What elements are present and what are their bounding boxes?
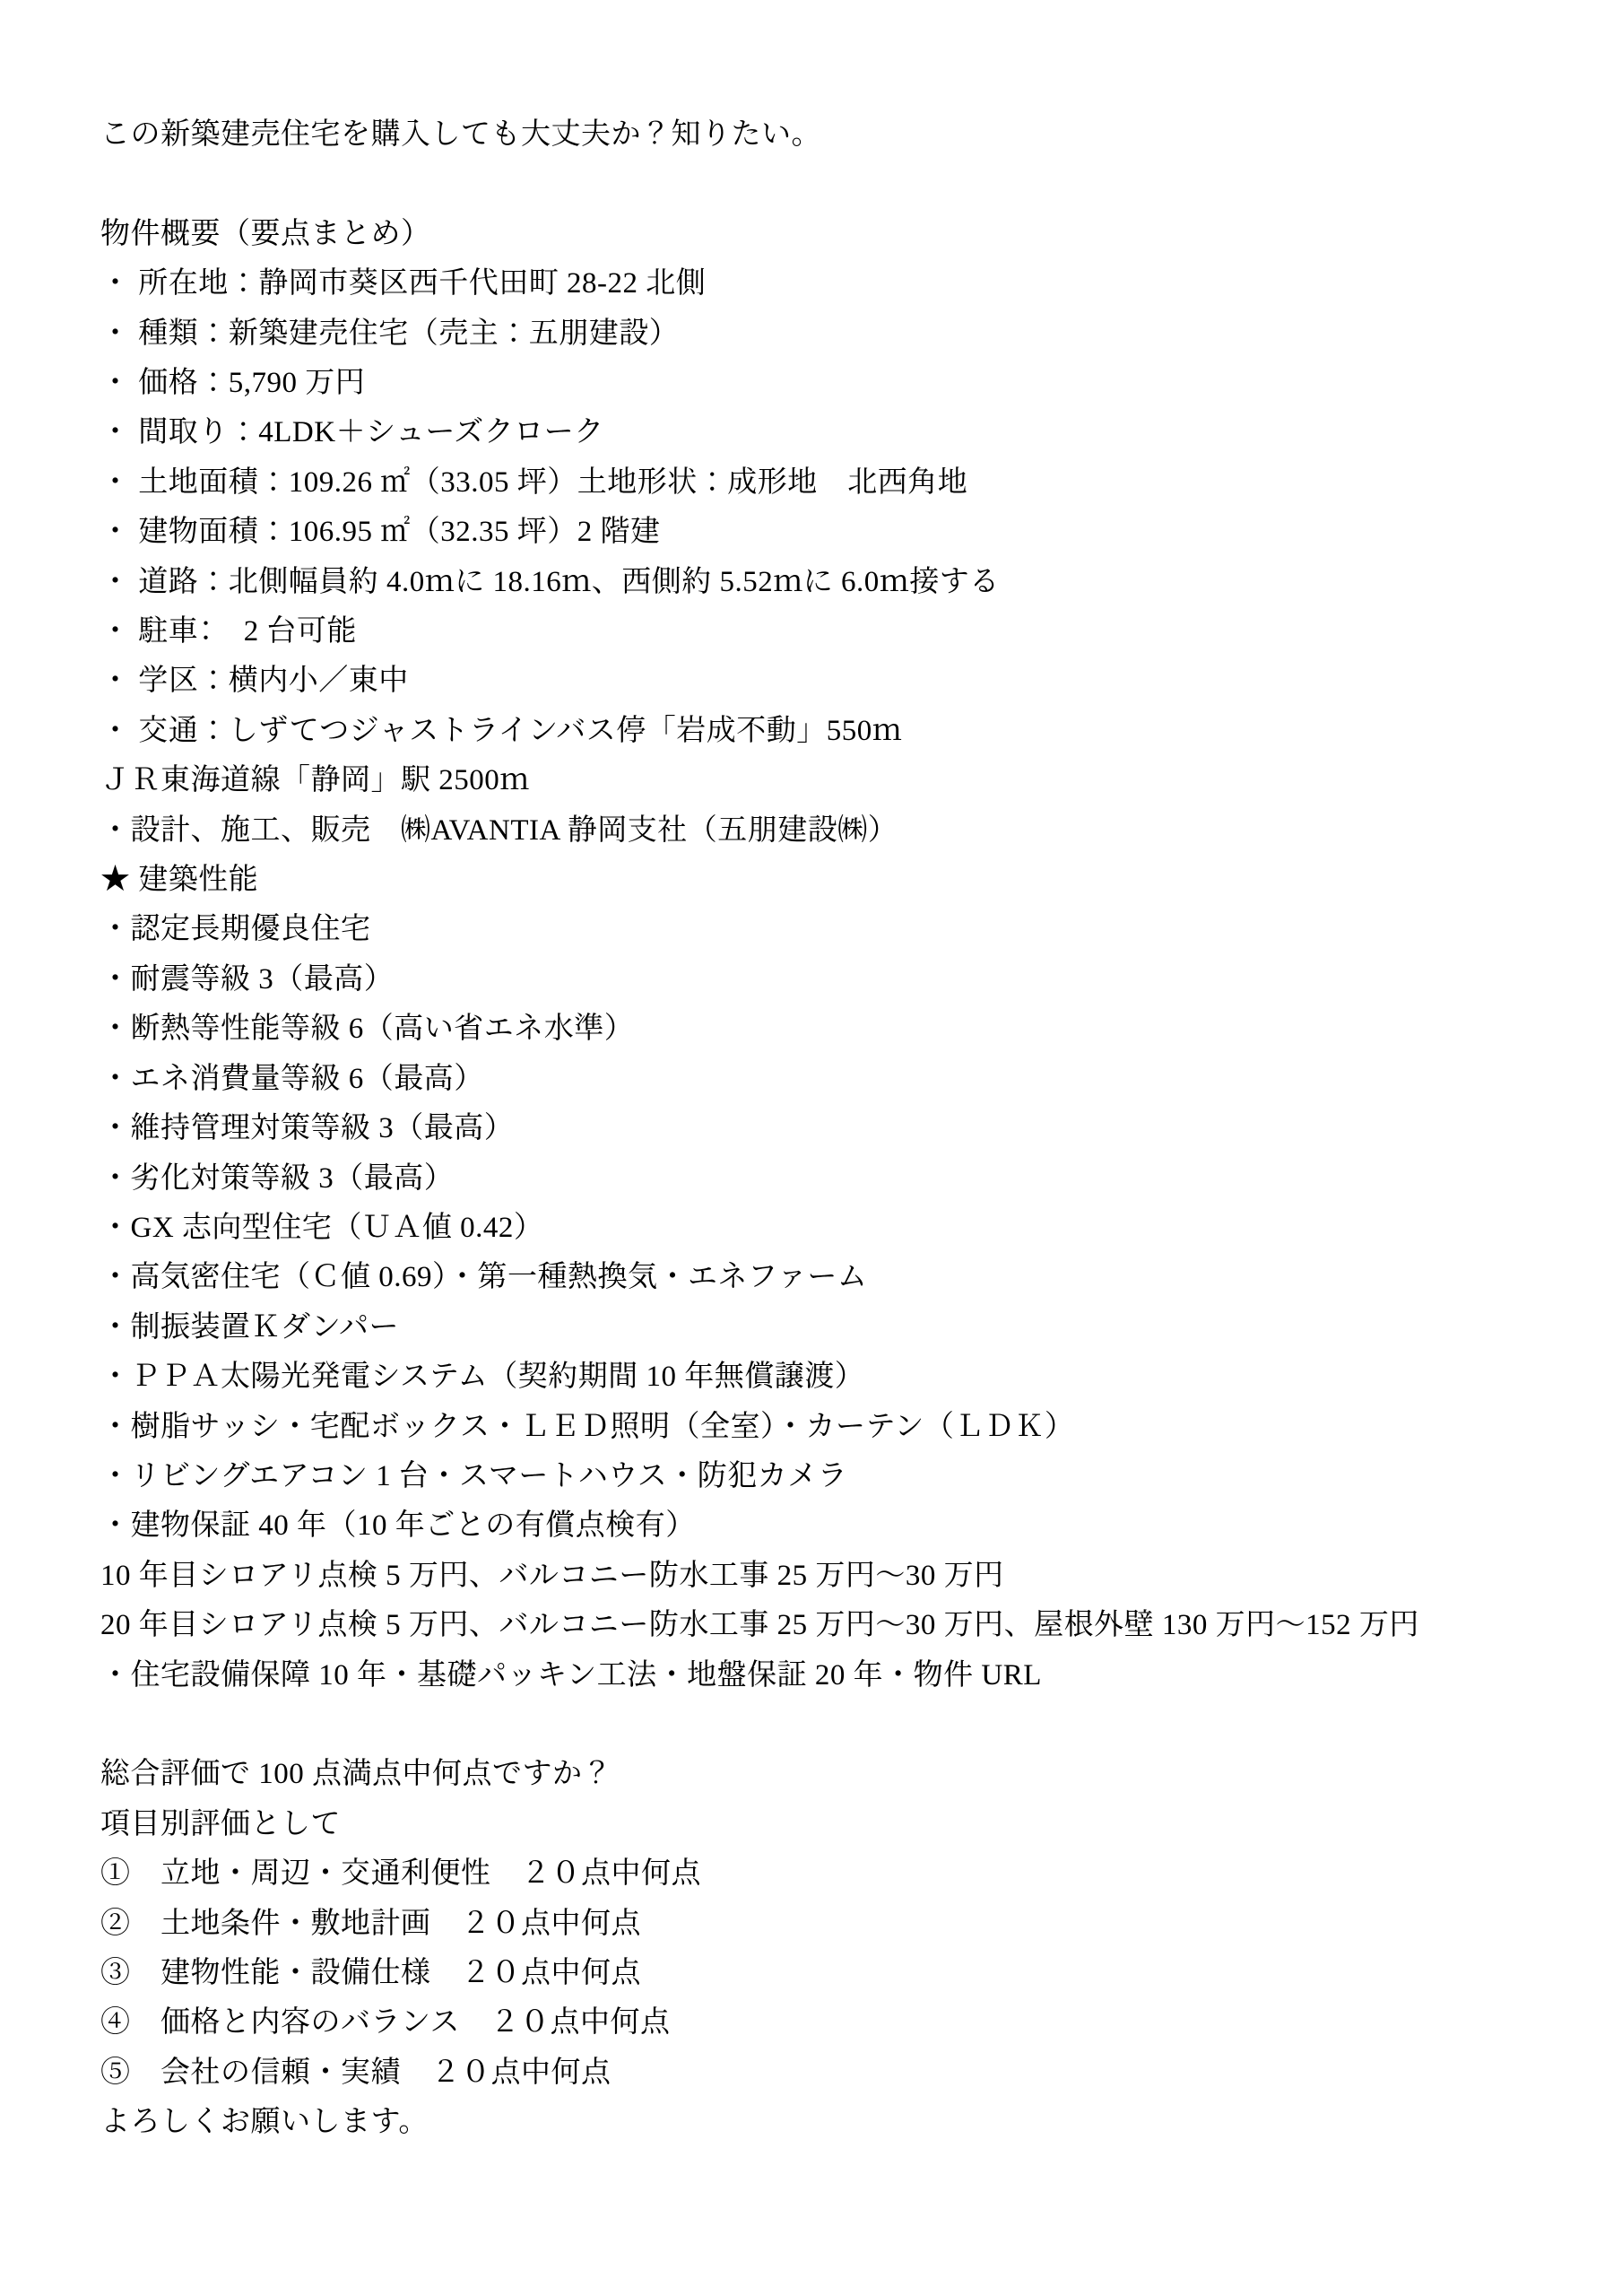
overview-item-type: ・ 種類：新築建売住宅（売主：五朋建設） <box>100 309 1568 359</box>
document-page: この新築建売住宅を購入しても大丈夫か？知りたい。 物件概要（要点まとめ） ・ 所… <box>0 0 1622 2296</box>
perf-ppa-solar: ・ＰＰＡ太陽光発電システム（契約期間 10 年無償譲渡） <box>100 1352 1568 1402</box>
intro-question: この新築建売住宅を購入しても大丈夫か？知りたい。 <box>100 110 1568 160</box>
perf-energy-grade: ・エネ消費量等級 6（最高） <box>100 1055 1568 1104</box>
overview-title: 物件概要（要点まとめ） <box>100 210 1568 259</box>
perf-deterioration-grade: ・劣化対策等級 3（最高） <box>100 1154 1568 1204</box>
overview-item-parking: ・ 駐車： 2 台可能 <box>100 607 1568 657</box>
rating-item-1-location: ① 立地・周辺・交通利便性 ２０点中何点 <box>100 1849 1568 1899</box>
builder-line: ・設計、施工、販売 ㈱AVANTIA 静岡支社（五朋建設㈱） <box>100 806 1568 856</box>
perf-gx-housing: ・GX 志向型住宅（ＵＡ値 0.42） <box>100 1204 1568 1253</box>
perf-equipment: ・樹脂サッシ・宅配ボックス・ＬＥＤ照明（全室）・カーテン（ＬＤＫ） <box>100 1403 1568 1452</box>
rating-item-2-land: ② 土地条件・敷地計画 ２０点中何点 <box>100 1900 1568 1949</box>
overview-item-transit-bus: ・ 交通：しずてつジャストラインバス停「岩成不動」550ｍ <box>100 707 1568 756</box>
perf-aircon-smarthouse: ・リビングエアコン 1 台・スマートハウス・防犯カメラ <box>100 1452 1568 1501</box>
perf-maintenance-grade: ・維持管理対策等級 3（最高） <box>100 1104 1568 1153</box>
overview-item-building-area: ・ 建物面積：106.95 ㎡（32.35 坪）2 階建 <box>100 508 1568 557</box>
perf-equipment-warranty: ・住宅設備保障 10 年・基礎パッキン工法・地盤保証 20 年・物件 URL <box>100 1651 1568 1700</box>
overview-item-price: ・ 価格：5,790 万円 <box>100 359 1568 408</box>
overview-item-floorplan: ・ 間取り：4LDK＋シューズクローク <box>100 408 1568 457</box>
overview-item-land-area: ・ 土地面積：109.26 ㎡（33.05 坪）土地形状：成形地 北西角地 <box>100 458 1568 508</box>
perf-seismic-grade: ・耐震等級 3（最高） <box>100 955 1568 1004</box>
perf-cost-10yr: 10 年目シロアリ点検 5 万円、バルコニー防水工事 25 万円～30 万円 <box>100 1552 1568 1601</box>
closing-line: よろしくお願いします。 <box>100 2098 1568 2147</box>
perf-damper: ・制振装置Ｋダンパー <box>100 1303 1568 1352</box>
perf-insulation-grade: ・断熱等性能等級 6（高い省エネ水準） <box>100 1004 1568 1054</box>
overview-item-road: ・ 道路：北側幅員約 4.0ｍに 18.16ｍ、西側約 5.52ｍに 6.0ｍ接… <box>100 558 1568 607</box>
perf-certified-housing: ・認定長期優良住宅 <box>100 905 1568 954</box>
performance-title: ★ 建築性能 <box>100 856 1568 905</box>
rating-question: 総合評価で 100 点満点中何点ですか？ <box>100 1750 1568 1799</box>
overview-item-location: ・ 所在地：静岡市葵区西千代田町 28-22 北側 <box>100 259 1568 309</box>
perf-building-warranty: ・建物保証 40 年（10 年ごとの有償点検有） <box>100 1501 1568 1551</box>
rating-intro: 項目別評価として <box>100 1800 1568 1849</box>
perf-airtight-housing: ・高気密住宅（Ｃ値 0.69）・第一種熱換気・エネファーム <box>100 1253 1568 1302</box>
overview-item-school-district: ・ 学区：横内小／東中 <box>100 657 1568 706</box>
overview-item-transit-jr: ＪＲ東海道線「静岡」駅 2500ｍ <box>100 756 1568 805</box>
rating-item-3-building: ③ 建物性能・設備仕様 ２０点中何点 <box>100 1949 1568 1998</box>
perf-cost-20yr: 20 年目シロアリ点検 5 万円、バルコニー防水工事 25 万円～30 万円、屋… <box>100 1601 1568 1650</box>
rating-item-4-price-balance: ④ 価格と内容のバランス ２０点中何点 <box>100 1998 1568 2048</box>
rating-item-5-company-trust: ⑤ 会社の信頼・実績 ２０点中何点 <box>100 2048 1568 2098</box>
